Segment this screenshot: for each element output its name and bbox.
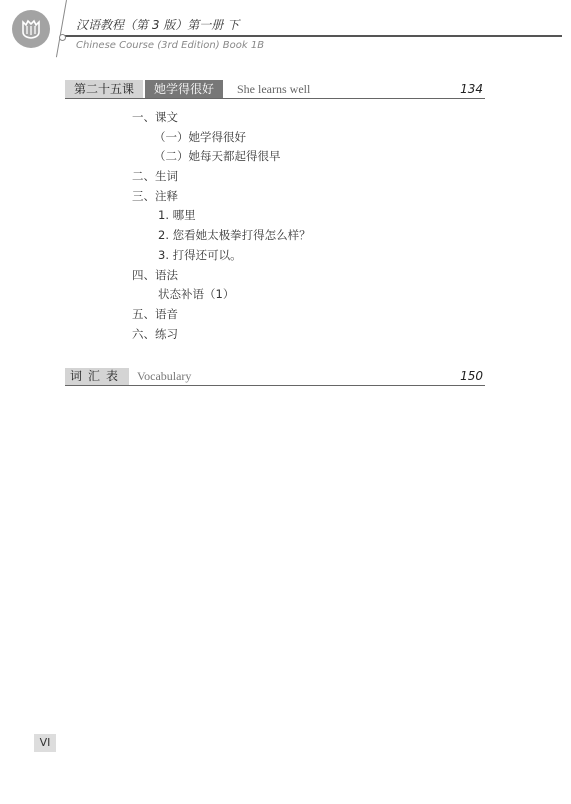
lesson-page-number: 134 [460,80,483,98]
book-title-cn: 汉语教程（第 3 版）第一册 下 [76,16,239,33]
vocabulary-heading[interactable]: 词汇表 Vocabulary 150 [65,368,485,386]
toc-item[interactable]: （二）她每天都起得很早 [132,147,311,167]
vocabulary-title-cn: 词汇表 [65,368,129,385]
toc-item[interactable]: （一）她学得很好 [132,128,311,148]
publisher-logo [12,10,50,48]
vocabulary-page-number: 150 [460,368,483,385]
book-title-en: Chinese Course (3rd Edition) Book 1B [76,40,264,51]
lesson-number: 第二十五课 [65,80,143,98]
header-rule-dot [59,34,66,41]
lesson-title-cn: 她学得很好 [145,80,223,98]
toc-item[interactable]: 一、课文 [132,108,311,128]
toc-item[interactable]: 四、语法 [132,266,311,286]
toc-item[interactable]: 二、生词 [132,167,311,187]
book-shield-icon [20,18,42,40]
toc-item[interactable]: 1. 哪里 [132,206,311,226]
header-divider-slash [56,0,67,57]
toc-item[interactable]: 3. 打得还可以。 [132,246,311,266]
lesson-heading[interactable]: 第二十五课 她学得很好 She learns well 134 [65,80,485,99]
vocabulary-title-en: Vocabulary [137,368,191,385]
toc-item[interactable]: 2. 您看她太极拳打得怎么样？ [132,226,311,246]
toc-item[interactable]: 状态补语（1） [132,285,311,305]
lesson-contents: 一、课文 （一）她学得很好 （二）她每天都起得很早 二、生词 三、注释 1. 哪… [132,108,311,344]
header-rule [64,35,562,37]
page-folio: VI [34,734,56,752]
lesson-title-en: She learns well [237,80,310,98]
toc-item[interactable]: 三、注释 [132,187,311,207]
toc-item[interactable]: 五、语音 [132,305,311,325]
toc-item[interactable]: 六、练习 [132,325,311,345]
